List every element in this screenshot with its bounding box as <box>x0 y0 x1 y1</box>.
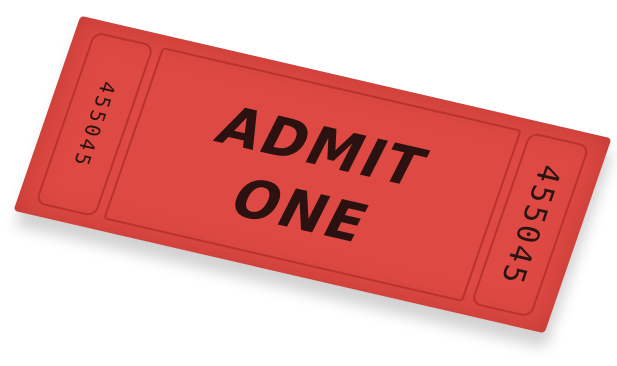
ticket-center: ADMIT ONE <box>103 47 522 302</box>
ticket-photo: 455045 ADMIT ONE 455045 <box>0 0 617 366</box>
serial-number-left: 455045 <box>68 79 121 170</box>
admit-one-ticket: 455045 ADMIT ONE 455045 <box>13 16 611 333</box>
